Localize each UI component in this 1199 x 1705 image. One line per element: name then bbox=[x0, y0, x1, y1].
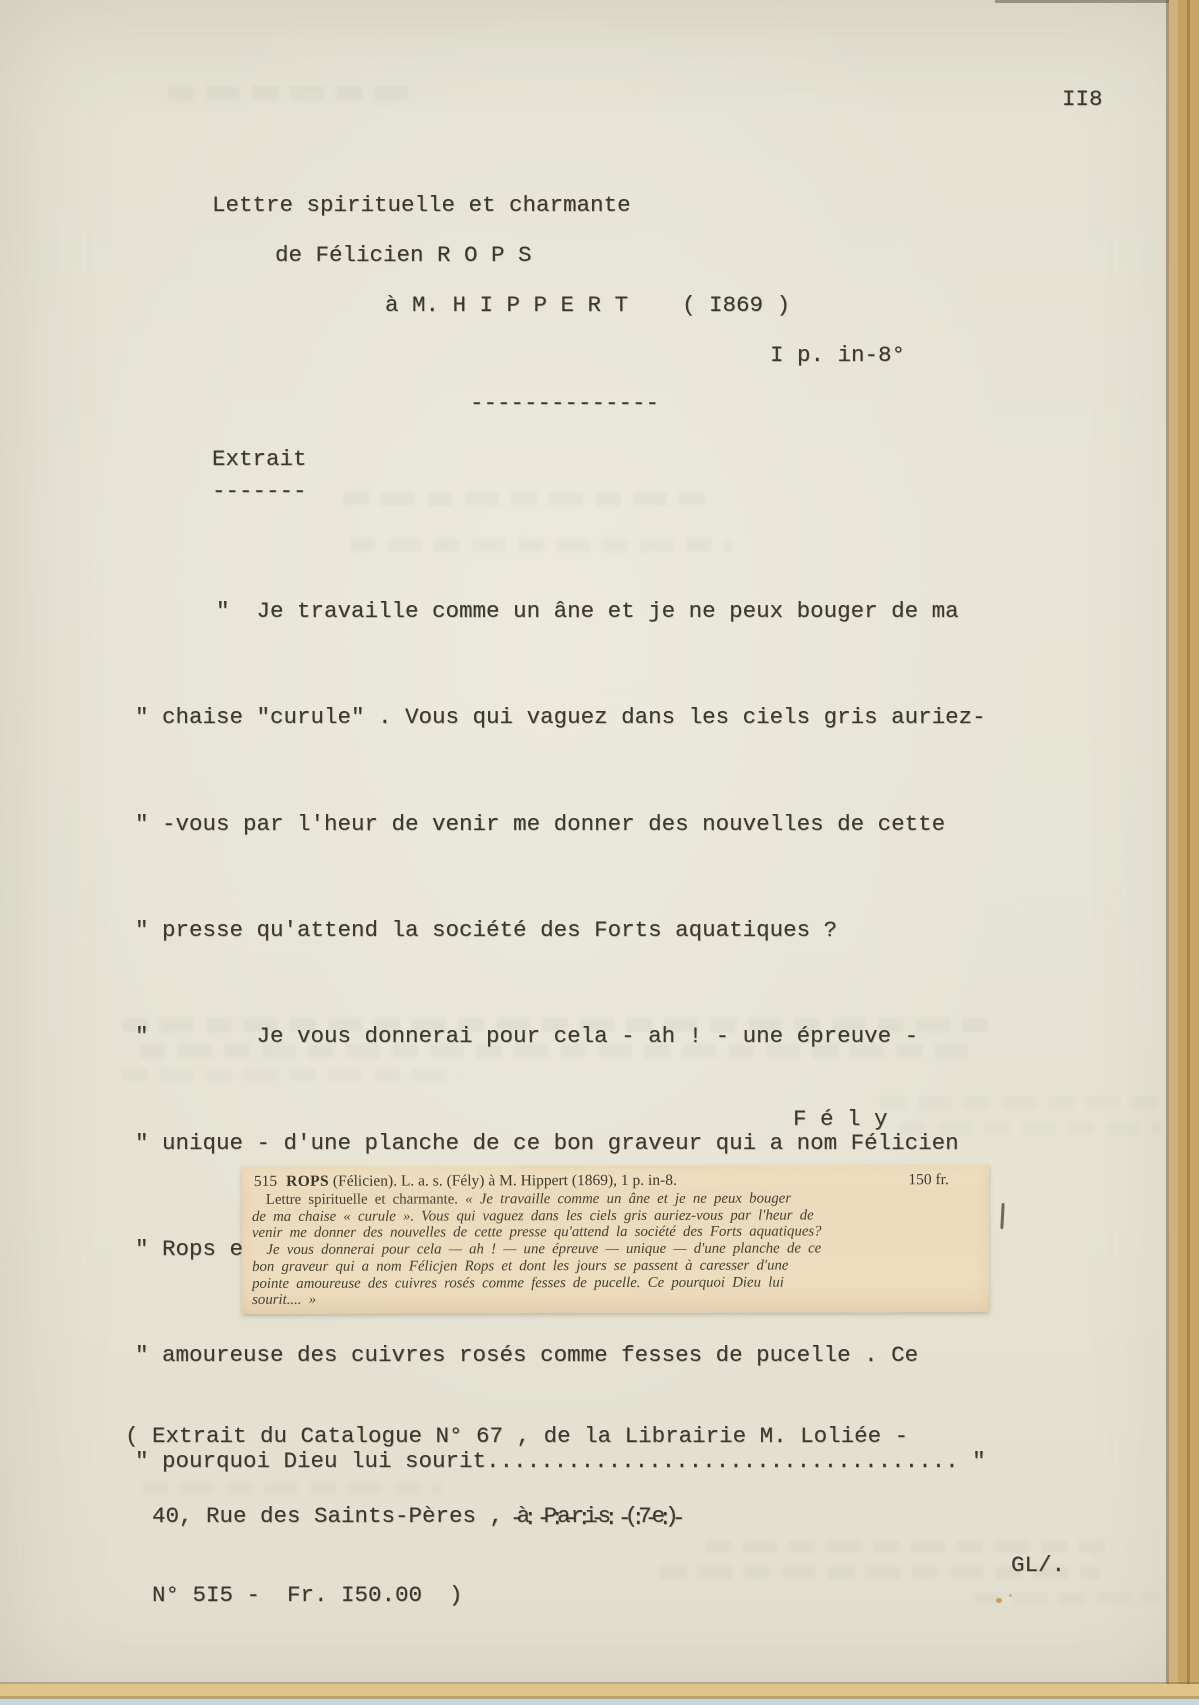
clipping-body: Lettre spirituelle et charmante. « Je tr… bbox=[252, 1190, 983, 1309]
clipping-body-line: pointe amoureuse des cuivres rosés comme… bbox=[252, 1274, 983, 1293]
quote-line: " Je travaille comme un âne et je ne peu… bbox=[135, 598, 986, 651]
quote-line: " chaise "curule" . Vous qui vaguez dans… bbox=[135, 704, 986, 757]
clipping-body-line: venir me donner des nouvelles de cette p… bbox=[252, 1223, 983, 1242]
title-line-2: de Félicien R O P S bbox=[275, 242, 532, 269]
extrait-underline: ------- bbox=[212, 478, 307, 505]
title-line-3: à M. H I P P E R T ( I869 ) bbox=[385, 292, 790, 319]
paper-stain bbox=[1009, 1594, 1012, 1597]
clipping-body-line: bon graveur qui a nom Félicjen Rops et d… bbox=[252, 1257, 983, 1276]
clipping-body-line: Je vous donnerai pour cela — ah ! — une … bbox=[252, 1240, 983, 1259]
bleed-through-smudge bbox=[975, 1592, 1160, 1604]
book-page-edge-right bbox=[1166, 0, 1199, 1705]
quote-line: " presse qu'attend la société des Forts … bbox=[135, 917, 986, 970]
title-line-4-format: I p. in-8° bbox=[770, 342, 905, 369]
clipping-author-name: ROPS bbox=[286, 1173, 329, 1190]
clipping-price: 150 fr. bbox=[908, 1171, 949, 1189]
clipping-item-number: 515 bbox=[254, 1173, 277, 1190]
scanned-document-page: II8 Lettre spirituelle et charmante de F… bbox=[0, 0, 1199, 1705]
title-line-1: Lettre spirituelle et charmante bbox=[212, 192, 631, 219]
quote-line: " Je vous donnerai pour cela - ah ! - un… bbox=[135, 1023, 986, 1076]
divider-dashes-top: -------------- bbox=[470, 390, 659, 417]
paper-stain bbox=[996, 1598, 1002, 1603]
quote-line: " -vous par l'heur de venir me donner de… bbox=[135, 811, 986, 864]
reference-line-3: N° 5I5 - Fr. I50.00 ) bbox=[125, 1582, 908, 1609]
clipping-lead-roman: Lettre spirituelle et charmante. bbox=[266, 1191, 465, 1208]
clipping-heading: 515ROPS (Félicien). L. a. s. (Fély) à M.… bbox=[254, 1172, 677, 1191]
clipping-body-line: sourit.... » bbox=[252, 1290, 983, 1309]
extrait-label: Extrait bbox=[212, 446, 307, 473]
divider-dashes-bottom: -:-:-:-:-:-:- bbox=[510, 1505, 686, 1532]
clipping-heading-rest: (Félicien). L. a. s. (Fély) à M. Hippert… bbox=[329, 1172, 677, 1190]
bleed-through-smudge bbox=[343, 492, 705, 506]
page-number: II8 bbox=[1062, 86, 1103, 113]
bleed-through-smudge bbox=[168, 86, 420, 101]
book-page-edge-bottom bbox=[0, 1682, 1199, 1705]
pen-tick-mark bbox=[1000, 1203, 1004, 1229]
catalogue-clipping: 515ROPS (Félicien). L. a. s. (Fély) à M.… bbox=[242, 1165, 989, 1314]
typist-initials: GL/. bbox=[1011, 1552, 1065, 1579]
clipping-body-line: de ma chaise « curule ». Vous qui vaguez… bbox=[252, 1207, 983, 1226]
clipping-body-line: « Je travaille comme un âne et je ne peu… bbox=[465, 1191, 791, 1208]
reference-line-1: ( Extrait du Catalogue N° 67 , de la Lib… bbox=[125, 1423, 908, 1450]
signature-fely: F é l y bbox=[793, 1106, 888, 1133]
